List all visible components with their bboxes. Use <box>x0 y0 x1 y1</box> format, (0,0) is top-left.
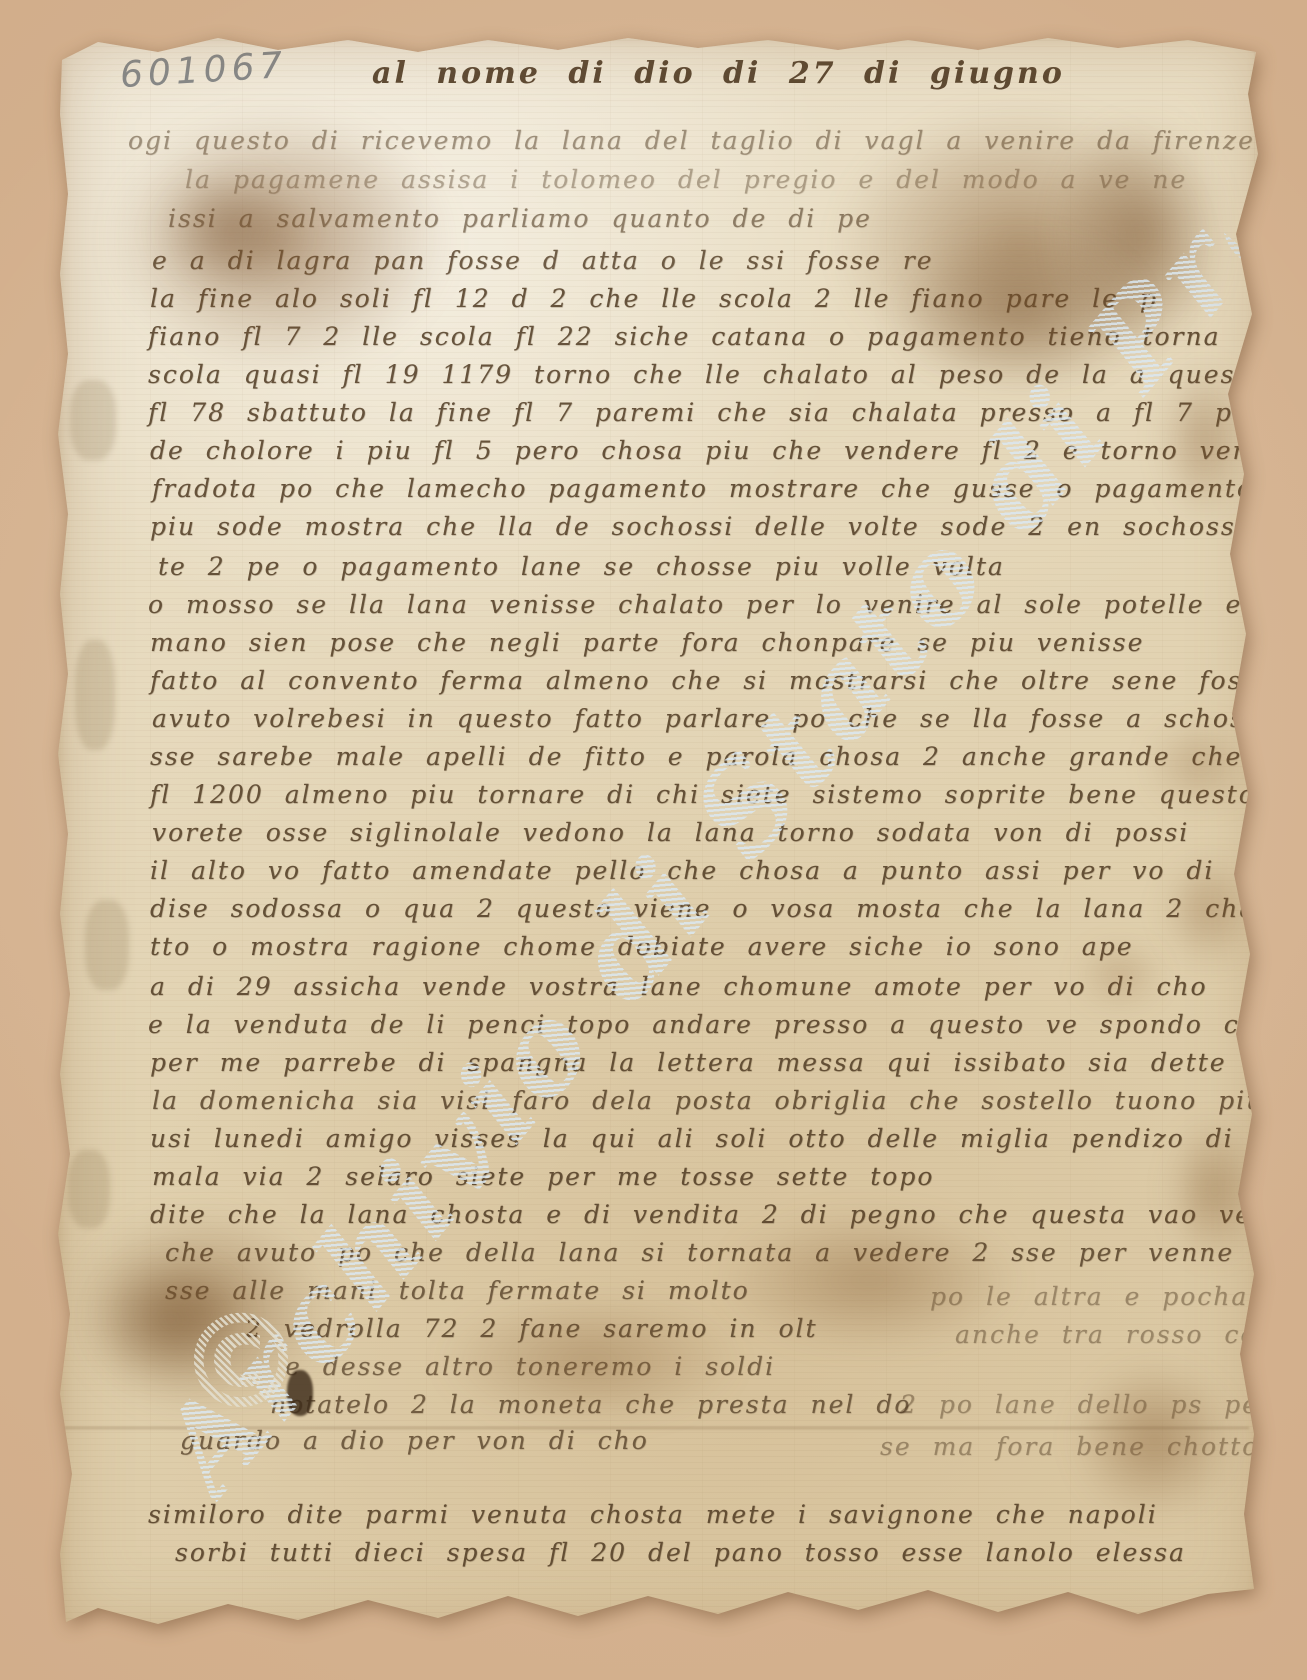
manuscript-line: fiano fl 7 2 lle scola fl 22 siche catan… <box>148 322 1221 351</box>
manuscript-line: il alto vo fatto amendate pello che chos… <box>150 856 1286 885</box>
manuscript-line: per me parrebe di spangna la lettera mes… <box>150 1048 1227 1077</box>
manuscript-line: guardo a dio per von di cho <box>180 1426 649 1455</box>
manuscript-line: dite che la lana chosta e di vendita 2 d… <box>150 1200 1307 1229</box>
manuscript-line: 2 po lane dello ps per mo <box>900 1390 1307 1419</box>
manuscript-line: a di 29 assicha vende vostra lane chomun… <box>150 972 1208 1001</box>
manuscript-line: scola quasi fl 19 1179 torno che lle cha… <box>148 360 1307 389</box>
manuscript-line: fl 1200 almeno piu tornare di chi siete … <box>150 780 1256 809</box>
paper-sheet: 601067 al nome di dio di 27 di giugno og… <box>58 34 1262 1634</box>
manuscript-line: o mosso se lla lana venisse chalato per … <box>148 590 1307 619</box>
manuscript-line: la fine alo soli fl 12 d 2 che lle scola… <box>150 284 1158 313</box>
manuscript-line: te 2 pe o pagamento lane se chosse piu v… <box>158 552 1005 581</box>
manuscript-line: la domenicha sia visi faro dela posta ob… <box>152 1086 1264 1115</box>
manuscript-line: notatelo 2 la moneta che presta nel do <box>270 1390 911 1419</box>
manuscript-line: tto o mostra ragione chome dobiate avere… <box>150 932 1133 961</box>
manuscript-line: fatto al convento ferma almeno che si mo… <box>150 666 1274 695</box>
manuscript-line: issi a salvamento parliamo quanto de di … <box>168 204 872 233</box>
manuscript-line: vorete osse siglinolale vedono la lana t… <box>152 818 1189 847</box>
manuscript-line: fradota po che lamecho pagamento mostrar… <box>152 474 1285 503</box>
manuscript-line: la pagamene assisa i tolomeo del pregio … <box>185 165 1187 194</box>
manuscript-line: de cholore i piu fl 5 pero chosa piu che… <box>150 436 1307 465</box>
manuscript-page: 601067 al nome di dio di 27 di giugno og… <box>58 34 1262 1634</box>
manuscript-line: sse alle mani tolta fermate si molto <box>165 1276 750 1305</box>
manuscript-line: fl 78 sbattuto la fine fl 7 paremi che s… <box>148 398 1307 427</box>
manuscript-line: mala via 2 selaro siete per me tosse set… <box>152 1162 934 1191</box>
manuscript-line: e la venduta de li penci topo andare pre… <box>148 1010 1275 1039</box>
manuscript-line: avuto volrebesi in questo fatto parlare … <box>152 704 1291 733</box>
manuscript-line: sse sarebe male apelli de fitto e parola… <box>150 742 1242 771</box>
manuscript-line: se ma fora bene chotto <box>880 1432 1259 1461</box>
manuscript-line: e desse altro toneremo i soldi <box>285 1352 775 1381</box>
manuscript-line: po le altra e pocha <box>930 1282 1248 1311</box>
manuscript-line: 2 vedrolla 72 2 fane saremo in olt <box>245 1314 818 1343</box>
manuscript-line: similoro dite parmi venuta chosta mete i… <box>148 1500 1158 1529</box>
manuscript-line: e a di lagra pan fosse d atta o le ssi f… <box>152 246 934 275</box>
manuscript-line: ogi questo di ricevemo la lana del tagli… <box>128 126 1255 155</box>
manuscript-line: che avuto po che della lana si tornata a… <box>165 1238 1306 1267</box>
manuscript-line: sorbi tutti dieci spesa fl 20 del pano t… <box>175 1538 1186 1567</box>
manuscript-line: usi lunedi amigo visses la qui ali soli … <box>150 1124 1234 1153</box>
scan-backdrop: { "palette":{ "mat":"#d2ae8b","paper_lig… <box>0 0 1307 1680</box>
manuscript-line: dise sodossa o qua 2 questo viene o vosa… <box>150 894 1307 923</box>
manuscript-line: mano sien pose che negli parte fora chon… <box>150 628 1144 657</box>
manuscript-line: anche tra rosso col <box>955 1320 1267 1349</box>
manuscript-line: piu sode mostra che lla de sochossi dell… <box>150 512 1307 541</box>
manuscript-lines: ogi questo di ricevemo la lana del tagli… <box>58 34 1262 1634</box>
